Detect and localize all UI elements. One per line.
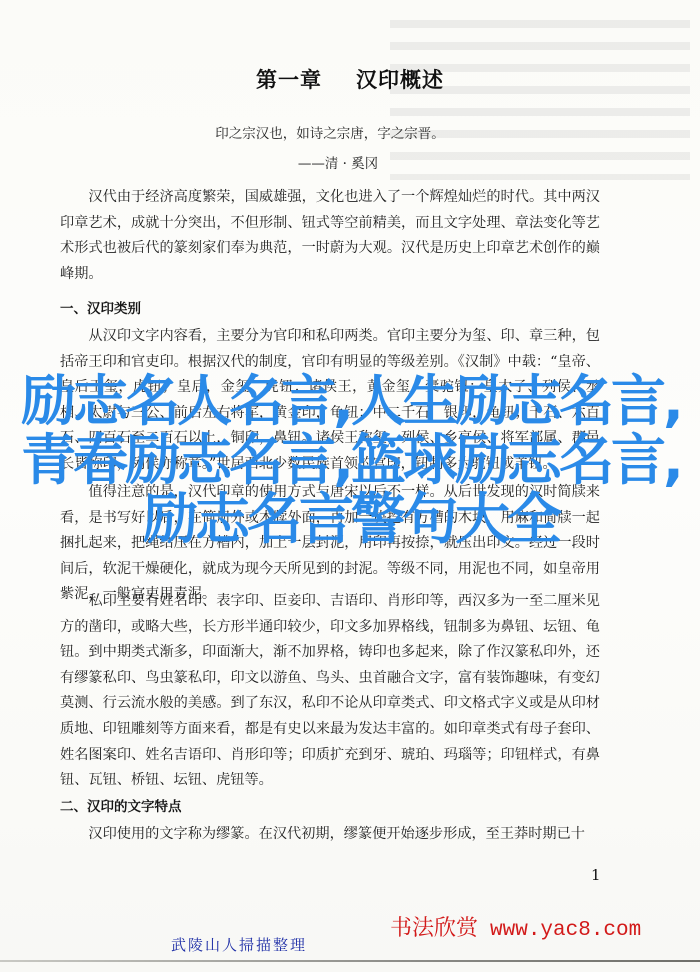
site-url: www.yac8.com: [490, 919, 641, 942]
section-heading-2: 二、汉印的文字特点: [60, 795, 182, 815]
chapter-name: 汉印概述: [356, 68, 444, 92]
section2-paragraph-1: 汉印使用的文字称为缪篆。在汉代初期，缪篆便开始逐步形成，至王莽时期已十: [60, 822, 600, 848]
scanned-page: 第一章汉印概述 印之宗汉也，如诗之宗唐，字之宗晋。 ——清 · 奚冈 汉代由于经…: [0, 0, 700, 972]
chapter-number: 第一章: [256, 68, 322, 92]
epigraph-attribution: ——清 · 奚冈: [0, 152, 688, 172]
page-number: 1: [591, 866, 601, 884]
site-name: 书法欣赏: [390, 916, 478, 941]
page-bottom-edge: [0, 960, 700, 962]
overlay-title-link[interactable]: 励志名人名言,人生励志名言,青春励志名言,篮球励志名言,励志名言警句大全: [6, 372, 696, 549]
section-heading-1: 一、汉印类别: [60, 297, 141, 317]
site-watermark: 书法欣赏www.yac8.com: [390, 911, 641, 942]
section1-paragraph-3: 私印主要有姓名印、表字印、臣妾印、吉语印、肖形印等，西汉多为一至二厘米见方的凿印…: [60, 589, 600, 794]
scanner-credit: 武陵山人掃描整理: [171, 934, 307, 955]
epigraph-quote: 印之宗汉也，如诗之宗唐，字之宗晋。: [0, 122, 680, 142]
intro-paragraph: 汉代由于经济高度繁荣，国威雄强，文化也进入了一个辉煌灿烂的时代。其中两汉印章艺术…: [60, 185, 600, 287]
chapter-title: 第一章汉印概述: [0, 64, 700, 94]
